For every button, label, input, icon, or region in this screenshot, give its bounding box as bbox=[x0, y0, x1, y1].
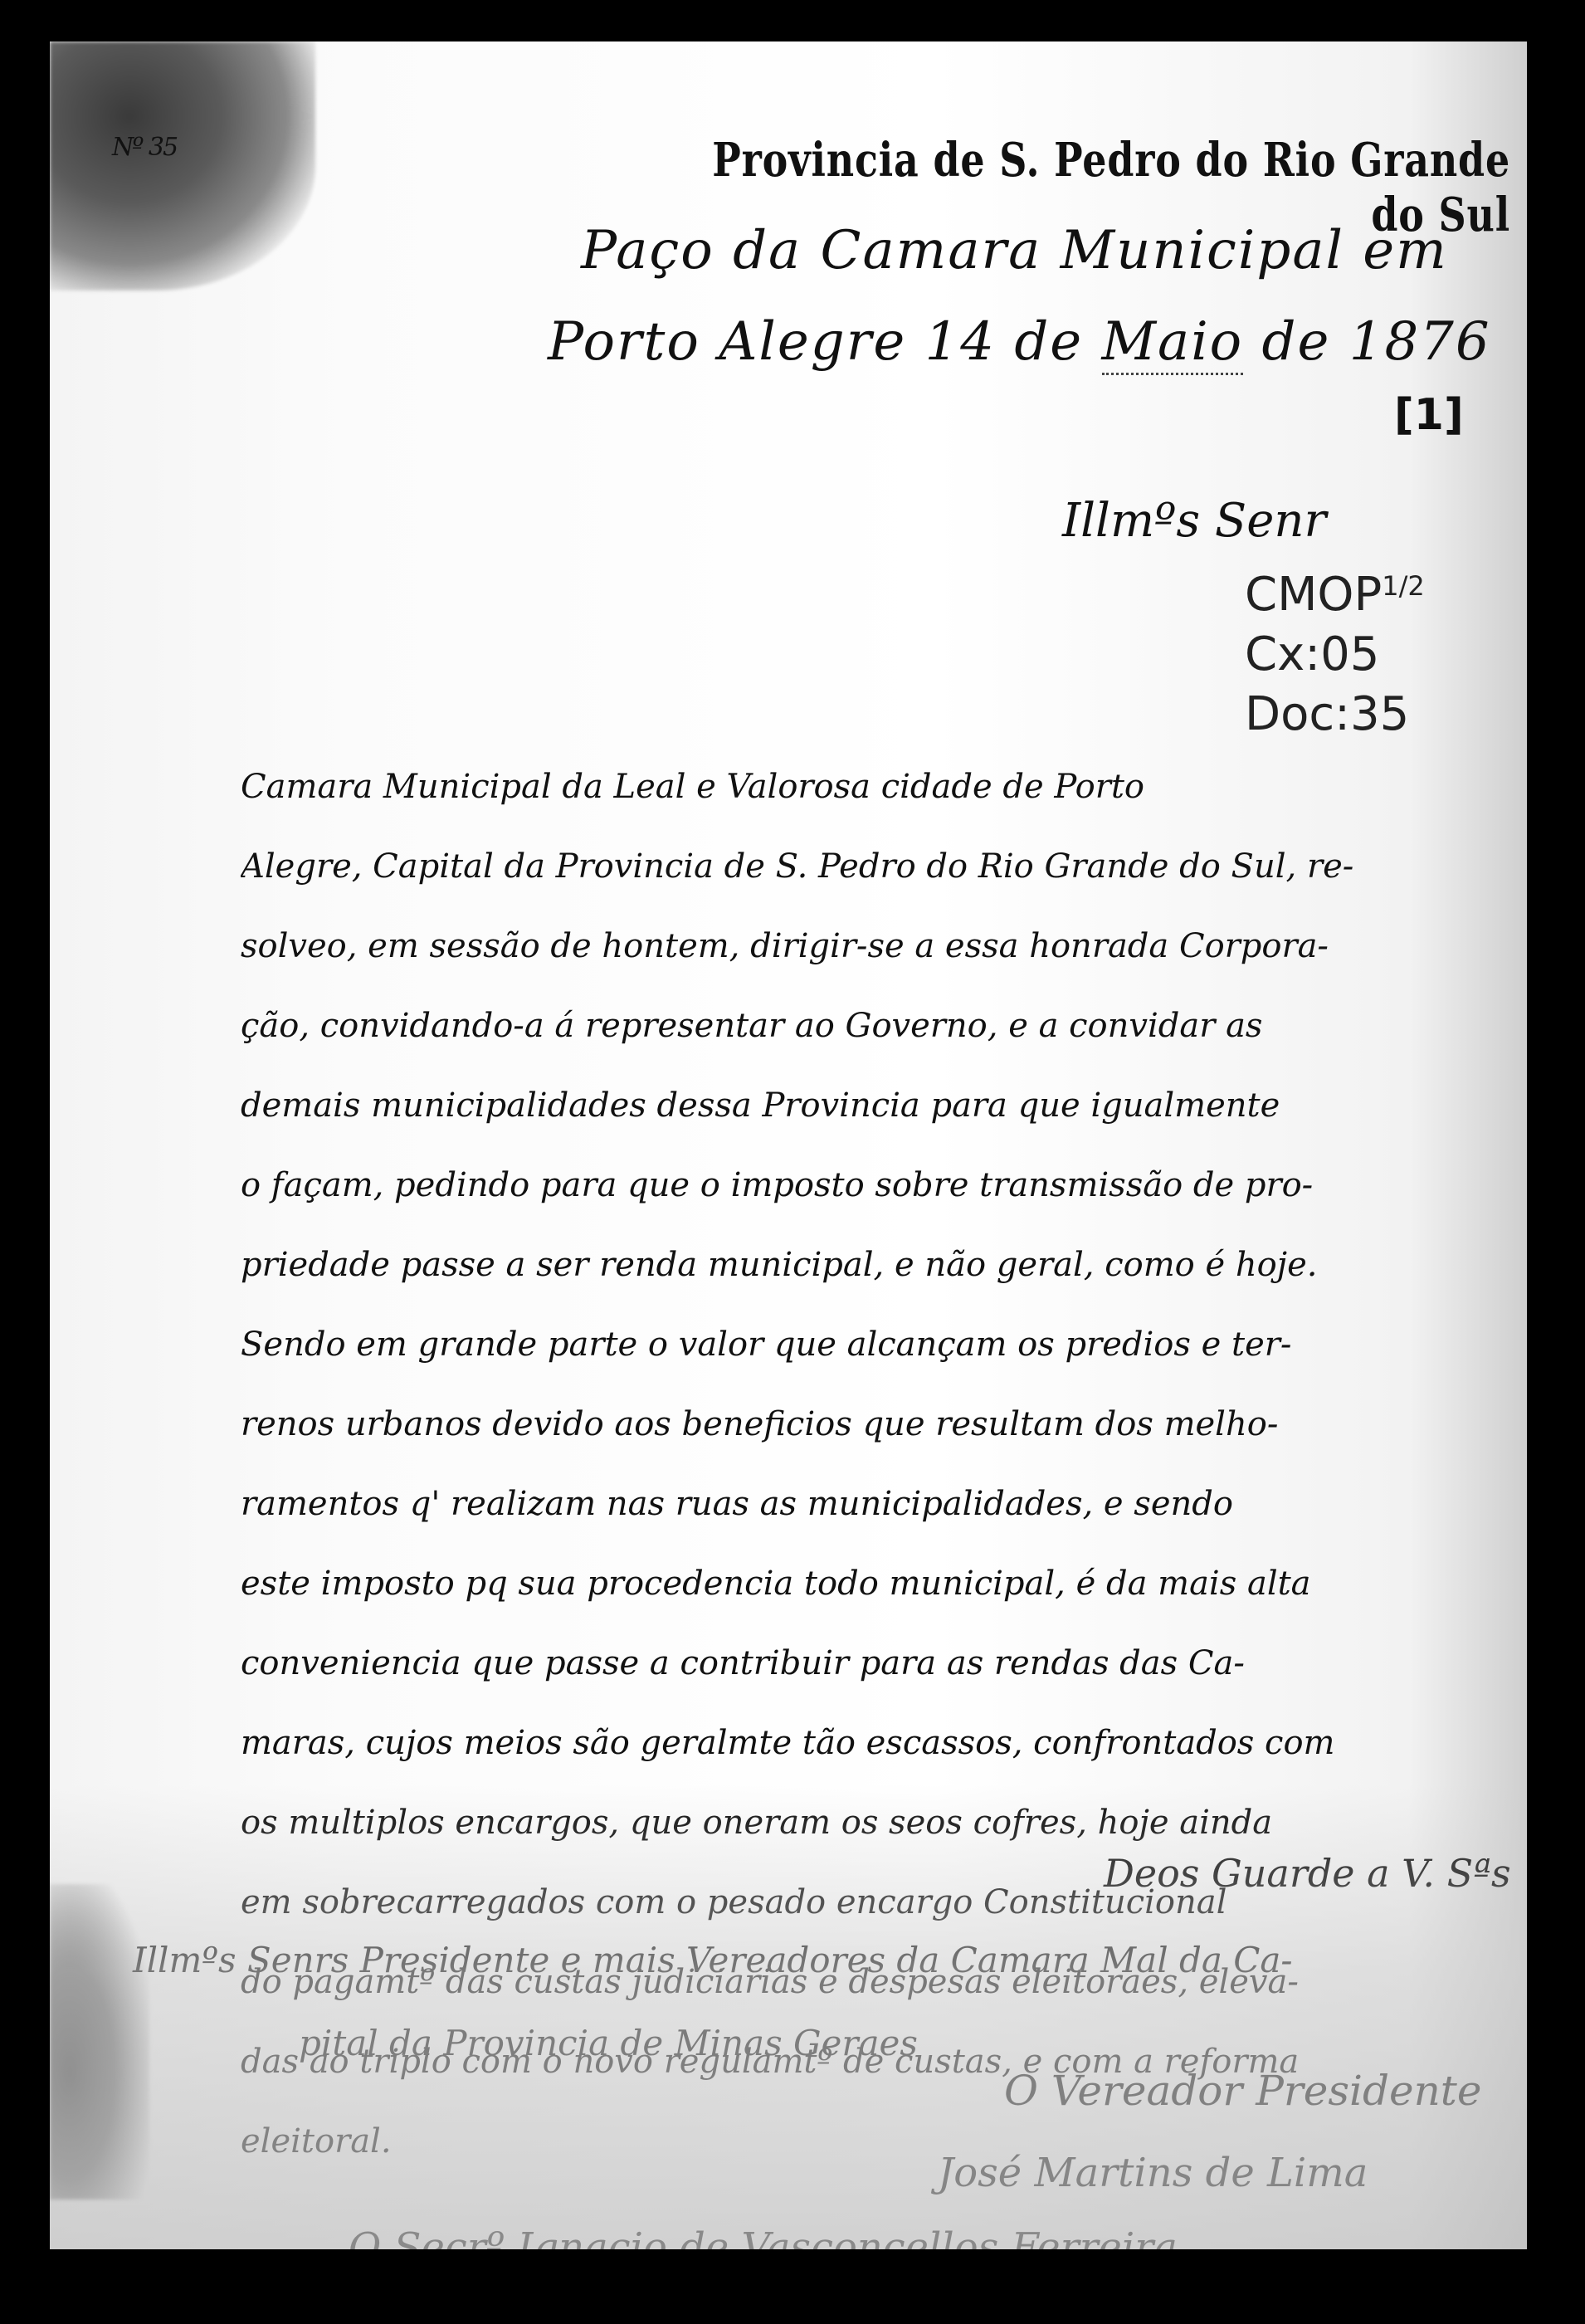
office-header: Paço da Camara Municipal em bbox=[581, 220, 1448, 281]
page-index: [1] bbox=[1394, 390, 1464, 440]
body-line: solveo, em sessão de hontem, dirigir-se … bbox=[241, 906, 1510, 986]
archive-box: Cx:05 bbox=[1245, 625, 1425, 685]
body-line: priedade passe a ser renda municipal, e … bbox=[241, 1225, 1510, 1305]
salutation: Illmºs Senr bbox=[1062, 494, 1326, 548]
document-page: Nº 35 Provincia de S. Pedro do Rio Grand… bbox=[50, 41, 1527, 2249]
addressee-line-1: Illmºs Senrs Presidente e mais Vereadore… bbox=[133, 1919, 1502, 2002]
body-line: Camara Municipal da Leal e Valorosa cida… bbox=[241, 747, 1510, 827]
signature-secretary: O Secrº Ignacio de Vasconcellos Ferreira bbox=[349, 2224, 1178, 2249]
body-line: conveniencia que passe a contribuir para… bbox=[241, 1623, 1510, 1703]
folio-mark: Nº 35 bbox=[112, 133, 177, 162]
signature-title: O Vereador Presidente bbox=[1004, 2067, 1481, 2115]
archive-collection: CMOP1/2 bbox=[1245, 556, 1425, 625]
body-line: Alegre, Capital da Provincia de S. Pedro… bbox=[241, 827, 1510, 906]
body-line: renos urbanos devido aos beneficios que … bbox=[241, 1384, 1510, 1464]
body-line: o façam, pedindo para que o imposto sobr… bbox=[241, 1145, 1510, 1225]
body-line: maras, cujos meios são geralmte tão esca… bbox=[241, 1703, 1510, 1783]
archive-doc: Doc:35 bbox=[1245, 685, 1425, 745]
body-line: ramentos q' realizam nas ruas as municip… bbox=[241, 1464, 1510, 1544]
signature-president: José Martins de Lima bbox=[938, 2150, 1368, 2196]
archive-reference: CMOP1/2 Cx:05 Doc:35 bbox=[1245, 556, 1425, 745]
water-stain-top-left bbox=[50, 41, 315, 290]
date-prefix: Porto Alegre 14 de bbox=[548, 311, 1083, 373]
body-line: este imposto pq sua procedencia todo mun… bbox=[241, 1544, 1510, 1623]
addressee-block: Illmºs Senrs Presidente e mais Vereadore… bbox=[133, 1919, 1502, 2085]
date-suffix: de 1876 bbox=[1262, 311, 1491, 373]
date-month: Maio bbox=[1102, 311, 1244, 375]
body-line: demais municipalidades dessa Provincia p… bbox=[241, 1066, 1510, 1145]
closing-formula: Deos Guarde a V. Sªs bbox=[1104, 1851, 1511, 1896]
date-line: Porto Alegre 14 de Maio de 1876 bbox=[548, 311, 1491, 373]
body-line: ção, convidando-a á representar ao Gover… bbox=[241, 986, 1510, 1066]
body-line: Sendo em grande parte o valor que alcanç… bbox=[241, 1305, 1510, 1384]
